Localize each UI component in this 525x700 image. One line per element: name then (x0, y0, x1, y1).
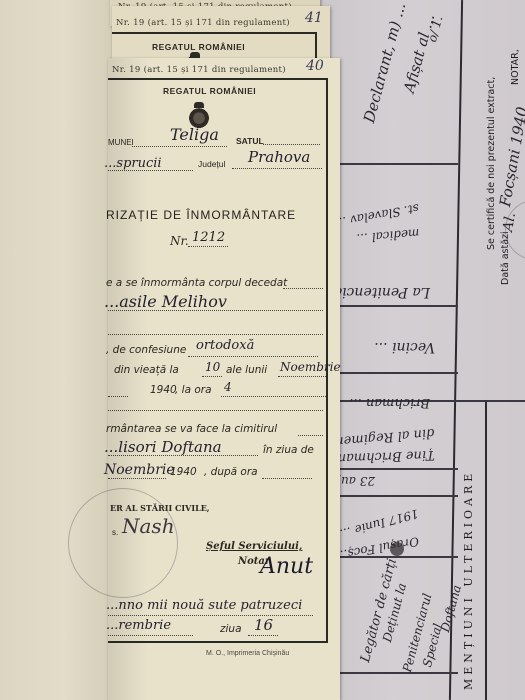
commune-field (132, 146, 227, 147)
burial-day-label: în ziua de (263, 444, 314, 456)
cemetery-field (108, 455, 258, 456)
deceased-name-field (108, 310, 323, 311)
date-line-1-field (108, 615, 313, 616)
village-label: SATUL (236, 136, 264, 146)
month-label: ale lunii (226, 364, 267, 376)
row2-field (108, 170, 193, 171)
date-day-field (248, 635, 278, 636)
number-label: Nr. (170, 234, 189, 248)
death-date-label: din vieață la (114, 364, 179, 376)
kingdom-heading: REGATUL ROMÂNIEI (152, 42, 245, 52)
register-row-line (340, 305, 458, 307)
register-column-line (485, 400, 487, 700)
deceased-label: e a se înmormânta corpul decedat (106, 277, 287, 289)
form-title: RIZAȚIE DE ÎNMORMÂNTARE (106, 208, 296, 222)
cemetery-value: ...lisori Doftana (104, 438, 222, 456)
register-cell-text: Brichman ... (349, 395, 430, 410)
register-row-line (340, 163, 458, 165)
burial-month: Noembrie (104, 462, 175, 478)
hour-label: , la ora (175, 384, 212, 396)
blank-line (108, 410, 323, 411)
form-caption: Nr. 19 (art. 15 și 171 din regulament) (112, 65, 286, 75)
confession-value: ortodoxă (196, 338, 254, 353)
cemetery-label-dots (298, 435, 323, 436)
date-day-label: ziua (220, 623, 242, 635)
date-day-value: 16 (254, 616, 273, 634)
blank-line (108, 334, 323, 335)
number-value: 1212 (192, 230, 225, 245)
certify-handwriting: Focșani 1940 (496, 105, 525, 208)
death-month-field (278, 376, 326, 377)
death-day-field (202, 376, 222, 377)
register-row-line (340, 468, 458, 470)
official-stamp (68, 488, 178, 598)
register-row-line (340, 372, 458, 374)
death-hour: 4 (224, 380, 232, 394)
village-field (263, 144, 320, 145)
burial-year: 1940 (170, 466, 197, 478)
number-field (188, 246, 228, 247)
row2-value: ...sprucii (104, 156, 162, 171)
death-month: Noembrie (280, 360, 341, 374)
register-row-line (340, 495, 458, 497)
county-label: Județul (198, 159, 225, 169)
burial-month-field (108, 478, 166, 479)
commune-value: Teliga (170, 125, 219, 144)
notary-signature: Anut (260, 554, 313, 579)
commune-label: MUNEI (108, 138, 134, 147)
burial-authorization-form: Nr. 19 (art. 15 și 171 din regulament) 4… (108, 58, 340, 700)
handwritten-number: 40 (306, 58, 324, 74)
register-row-line (340, 672, 458, 674)
certify-label: Se certifică de noi prezentul extract, (486, 77, 497, 250)
date-line-1: ...nno mii nouă sute patruzeci (106, 598, 302, 613)
deceased-label-dots (283, 288, 323, 289)
death-year: 1940 (150, 384, 177, 396)
mentions-column-header: MENȚIUNI ULTERIOARE (462, 470, 475, 690)
after-hour-label: , după ora (204, 466, 258, 478)
burial-hour-field (262, 478, 312, 479)
register-cell-text: medical ... (356, 226, 420, 245)
handwritten-number: 41 (305, 10, 323, 26)
ink-blot (390, 542, 404, 556)
date-line-2-field (108, 635, 193, 636)
deceased-name: ...asile Melihov (104, 292, 227, 311)
register-cell-text: st. Slavelav ... (334, 201, 420, 230)
notary-label: NOTAR, (510, 49, 521, 85)
death-day: 10 (205, 360, 220, 374)
printer-imprint: M. O., Imprimeria Chișinău (206, 650, 289, 657)
form-caption: Nr. 19 (art. 15 și 171 din regulament) (116, 18, 290, 28)
confession-field (188, 356, 318, 357)
date-line-2: ...rembrie (106, 618, 171, 633)
death-hour-field (221, 396, 326, 397)
year-leading-dots (108, 396, 128, 397)
register-cell-text: Vecini ... (374, 339, 435, 355)
register-cell-text: Declarant, m) ... (360, 1, 409, 125)
county-value: Prahova (248, 148, 310, 166)
register-cell-text: Doftana (438, 583, 464, 633)
confession-label: , de confesiune (106, 344, 186, 356)
kingdom-heading: REGATUL ROMÂNIEI (163, 86, 256, 96)
cemetery-label: rmântarea se va face la cimitirul (106, 423, 277, 435)
county-field (232, 168, 322, 169)
chief-of-service-label: Șeful Serviciului, (206, 541, 302, 552)
